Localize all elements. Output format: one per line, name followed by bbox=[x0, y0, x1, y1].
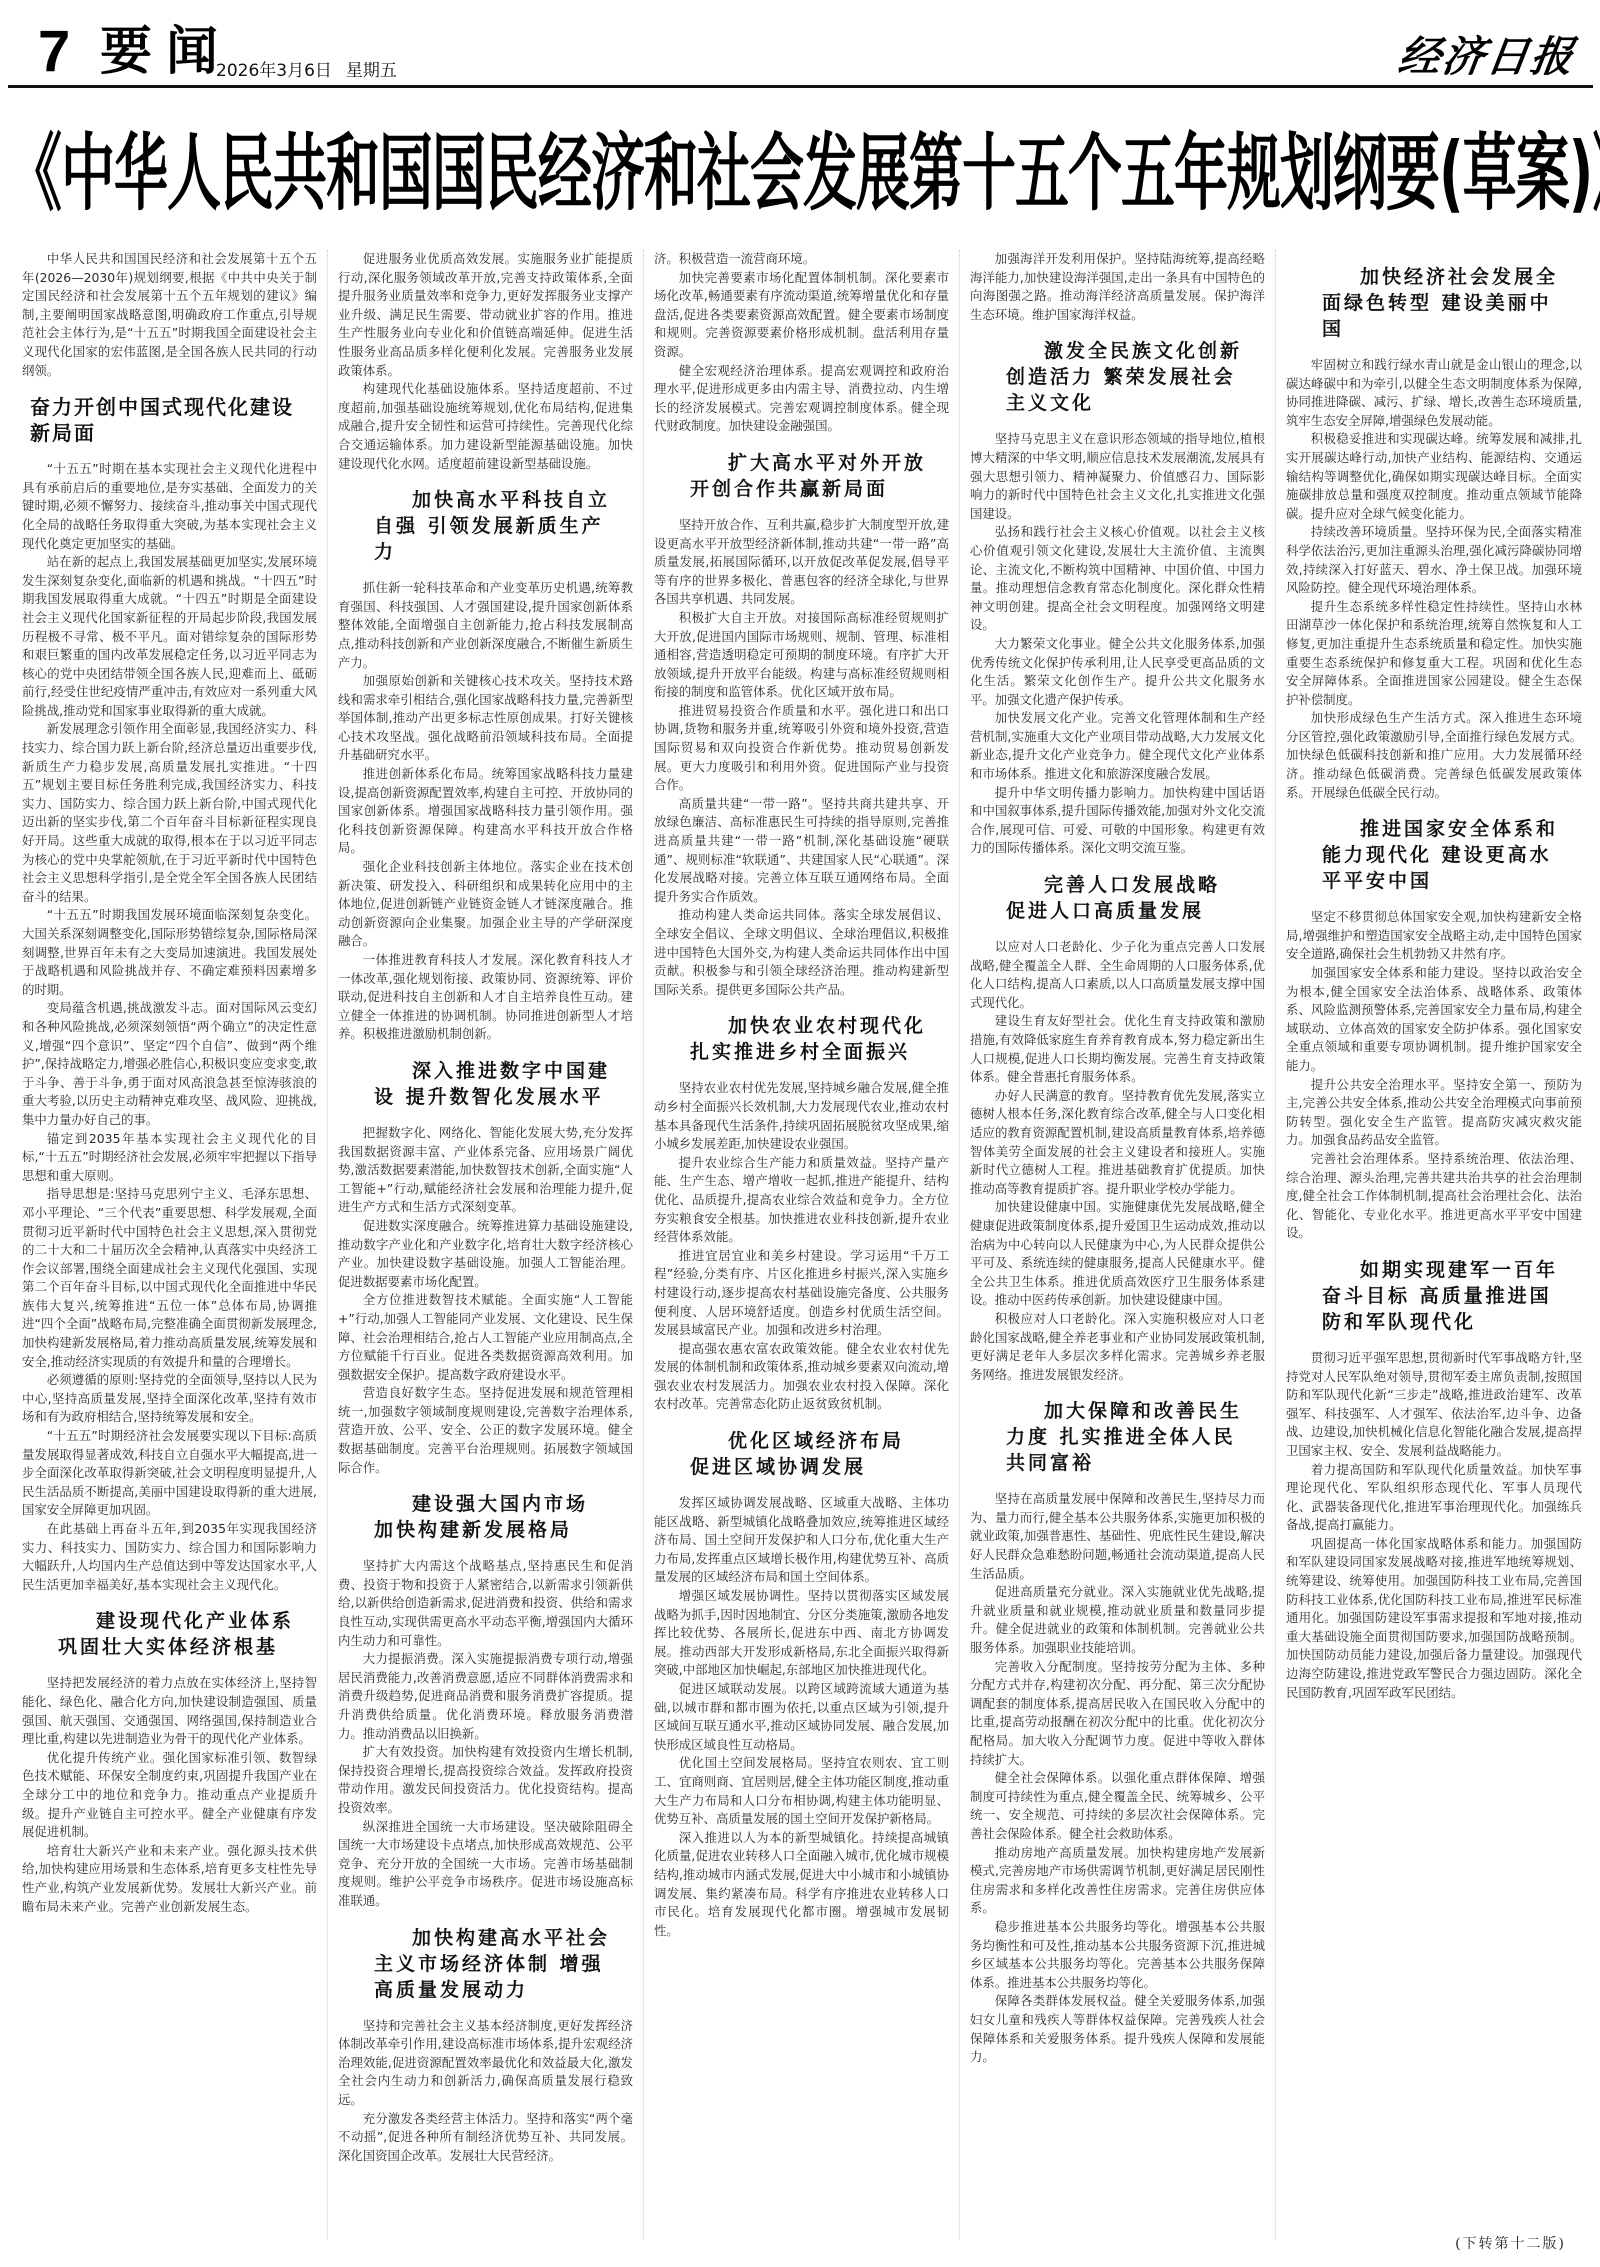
paragraph: 提升中华文明传播力影响力。加快构建中国话语和中国叙事体系,提升国际传播效能,加强… bbox=[970, 784, 1265, 858]
paragraph: 提升公共安全治理水平。坚持安全第一、预防为主,完善公共安全体系,推动公共安全治理… bbox=[1286, 1076, 1582, 1150]
paragraph: 优化提升传统产业。强化国家标准引领、数智绿色技术赋能、环保安全制度约束,巩固提升… bbox=[22, 1749, 317, 1842]
paragraph: 健全社会保障体系。以强化重点群体保障、增强制度可持续性为重点,健全覆盖全民、统筹… bbox=[970, 1769, 1265, 1843]
paragraph: “十五五”时期在基本实现社会主义现代化进程中具有承前启后的重要地位,是夯实基础、… bbox=[22, 460, 317, 553]
paragraph: 提升农业综合生产能力和质量效益。坚持产量产能、生产生态、增产增收一起抓,推进产能… bbox=[654, 1154, 949, 1247]
paragraph: 办好人民满意的教育。坚持教育优先发展,落实立德树人根本任务,深化教育综合改革,健… bbox=[970, 1087, 1265, 1199]
paragraph: “十五五”时期我国发展环境面临深刻复杂变化。大国关系深刻调整变化,国际形势错综复… bbox=[22, 906, 317, 999]
continued-note: (下转第十二版) bbox=[1455, 2233, 1566, 2253]
paragraph: 全方位推进数智技术赋能。全面实施“人工智能+”行动,加强人工智能同产业发展、文化… bbox=[338, 1291, 633, 1384]
paragraph: 指导思想是:坚持马克思列宁主义、毛泽东思想、邓小平理论、“三个代表”重要思想、科… bbox=[22, 1185, 317, 1371]
section-heading: 推进国家安全体系和能力现代化 建设更高水平平安中国 bbox=[1286, 802, 1582, 908]
paragraph: 抓住新一轮科技革命和产业变革历史机遇,统筹教育强国、科技强国、人才强国建设,提升… bbox=[338, 579, 633, 672]
date-text: 2026年3月6日 bbox=[216, 61, 332, 81]
article-column-2: 促进服务业优质高效发展。实施服务业扩能提质行动,深化服务领域改革开放,完善支持政… bbox=[328, 250, 644, 2240]
section-name: 要闻 bbox=[100, 22, 232, 82]
paragraph: 优化国土空间发展格局。坚持宜农则农、宜工则工、宜商则商、宜居则居,健全主体功能区… bbox=[654, 1754, 949, 1828]
paragraph: 以应对人口老龄化、少子化为重点完善人口发展战略,健全覆盖全人群、全生命周期的人口… bbox=[970, 938, 1265, 1012]
paragraph: 深入推进以人为本的新型城镇化。持续提高城镇化质量,促进农业转移人口全面融入城市,… bbox=[654, 1829, 949, 1941]
paragraph: 加快形成绿色生产生活方式。深入推进生态环境分区管控,强化政策激励引导,全面推行绿… bbox=[1286, 709, 1582, 802]
paragraph: 必须遵循的原则:坚持党的全面领导,坚持以人民为中心,坚持高质量发展,坚持全面深化… bbox=[22, 1371, 317, 1427]
section-heading: 奋力开创中国式现代化建设新局面 bbox=[22, 380, 317, 460]
paragraph: 大力繁荣文化事业。健全公共文化服务体系,加强优秀传统文化保护传承利用,让人民享受… bbox=[970, 635, 1265, 709]
paragraph: 牢固树立和践行绿水青山就是金山银山的理念,以碳达峰碳中和为牵引,以健全生态文明制… bbox=[1286, 356, 1582, 430]
paragraph: 完善社会治理体系。坚持系统治理、依法治理、综合治理、源头治理,完善共建共治共享的… bbox=[1286, 1150, 1582, 1243]
paragraph: 促进区域联动发展。以跨区域跨流域大通道为基础,以城市群和都市圈为依托,以重点区域… bbox=[654, 1680, 949, 1754]
paragraph: 把握数字化、网络化、智能化发展大势,充分发挥我国数据资源丰富、产业体系完备、应用… bbox=[338, 1124, 633, 1217]
paragraph: “十五五”时期经济社会发展要实现以下目标:高质量发展取得显著成效,科技自立自强水… bbox=[22, 1427, 317, 1520]
paragraph: 提高强农惠农富农政策效能。健全农业农村优先发展的体制机制和政策体系,推动城乡要素… bbox=[654, 1340, 949, 1414]
paragraph: 大力提振消费。深入实施提振消费专项行动,增强居民消费能力,改善消费意愿,适应不同… bbox=[338, 1650, 633, 1743]
section-heading: 深入推进数字中国建设 提升数智化发展水平 bbox=[338, 1044, 633, 1124]
section-heading: 激发全民族文化创新创造活力 繁荣发展社会主义文化 bbox=[970, 324, 1265, 430]
section-heading: 建设现代化产业体系 巩固壮大实体经济根基 bbox=[22, 1594, 317, 1674]
paragraph: 坚定不移贯彻总体国家安全观,加快构建新安全格局,增强维护和塑造国家安全战略主动,… bbox=[1286, 908, 1582, 964]
paragraph: 高质量共建“一带一路”。坚持共商共建共享、开放绿色廉洁、高标准惠民生可持续的指导… bbox=[654, 795, 949, 907]
paragraph: 坚持在高质量发展中保障和改善民生,坚持尽力而为、量力而行,健全基本公共服务体系,… bbox=[970, 1490, 1265, 1583]
article-column-1: 中华人民共和国国民经济和社会发展第十五个五年(2026—2030年)规划纲要,根… bbox=[12, 250, 328, 2240]
section-heading: 加大保障和改善民生力度 扎实推进全体人民共同富裕 bbox=[970, 1384, 1265, 1490]
article-body: 中华人民共和国国民经济和社会发展第十五个五年(2026—2030年)规划纲要,根… bbox=[12, 250, 1592, 2240]
paragraph: 稳步推进基本公共服务均等化。增强基本公共服务均衡性和可及性,推动基本公共服务资源… bbox=[970, 1918, 1265, 1992]
paragraph: 坚持农业农村优先发展,坚持城乡融合发展,健全推动乡村全面振兴长效机制,大力发展现… bbox=[654, 1079, 949, 1153]
paragraph: 充分激发各类经营主体活力。坚持和落实“两个毫不动摇”,促进各种所有制经济优势互补… bbox=[338, 2110, 633, 2166]
section-heading: 建设强大国内市场 加快构建新发展格局 bbox=[338, 1477, 633, 1557]
section-heading: 如期实现建军一百年奋斗目标 高质量推进国防和军队现代化 bbox=[1286, 1243, 1582, 1349]
paragraph: 加快完善要素市场化配置体制机制。深化要素市场化改革,畅通要素有序流动渠道,统筹增… bbox=[654, 269, 949, 362]
section-heading: 加快构建高水平社会主义市场经济体制 增强高质量发展动力 bbox=[338, 1911, 633, 2017]
paragraph: 坚持马克思主义在意识形态领域的指导地位,植根博大精深的中华文明,顺应信息技术发展… bbox=[970, 430, 1265, 523]
paragraph: 推动构建人类命运共同体。落实全球发展倡议、全球安全倡议、全球文明倡议、全球治理倡… bbox=[654, 906, 949, 999]
masthead: 7 要闻 2026年3月6日星期五 经济日报 bbox=[8, 0, 1593, 88]
paragraph: 站在新的起点上,我国发展基础更加坚实,发展环境发生深刻复杂变化,面临新的机遇和挑… bbox=[22, 553, 317, 720]
paragraph: 保障各类群体发展权益。健全关爱服务体系,加强妇女儿童和残疾人等群体权益保障。完善… bbox=[970, 1992, 1265, 2066]
headline-title: 《中华人民共和国国民经济和社会发展第十五个五年规划纲要(草案)》 bbox=[8, 103, 1600, 246]
paragraph: 营造良好数字生态。坚持促进发展和规范管理相统一,加强数字领域制度规则建设,完善数… bbox=[338, 1384, 633, 1477]
paragraph: 推进创新体系化布局。统筹国家战略科技力量建设,提高创新资源配置效率,构建自主可控… bbox=[338, 765, 633, 858]
paragraph: 扩大有效投资。加快构建有效投资内生增长机制,保持投资合理增长,提高投资综合效益。… bbox=[338, 1743, 633, 1817]
paragraph: 促进数实深度融合。统筹推进算力基础设施建设,推动数字产业化和产业数字化,培育壮大… bbox=[338, 1217, 633, 1291]
paragraph: 巩固提高一体化国家战略体系和能力。加强国防和军队建设同国家发展战略对接,推进军地… bbox=[1286, 1535, 1582, 1702]
paragraph: 强化企业科技创新主体地位。落实企业在技术创新决策、研发投入、科研组织和成果转化应… bbox=[338, 858, 633, 951]
page-number: 7 bbox=[38, 22, 70, 82]
paragraph: 加快建设健康中国。实施健康优先发展战略,健全健康促进政策制度体系,提升爱国卫生运… bbox=[970, 1198, 1265, 1310]
paragraph: 纵深推进全国统一大市场建设。坚决破除阻碍全国统一大市场建设卡点堵点,加快形成高效… bbox=[338, 1818, 633, 1911]
section-heading: 扩大高水平对外开放 开创合作共赢新局面 bbox=[654, 436, 949, 516]
paragraph: 坚持把发展经济的着力点放在实体经济上,坚持智能化、绿色化、融合化方向,加快建设制… bbox=[22, 1674, 317, 1748]
paragraph: 持续改善环境质量。坚持环保为民,全面落实精准科学依法治污,更加注重源头治理,强化… bbox=[1286, 523, 1582, 597]
paragraph: 新发展理念引领作用全面彰显,我国经济实力、科技实力、综合国力跃上新台阶,经济总量… bbox=[22, 720, 317, 906]
section-heading: 加快高水平科技自立自强 引领发展新质生产力 bbox=[338, 473, 633, 579]
paragraph: 提升生态系统多样性稳定性持续性。坚持山水林田湖草沙一体化保护和系统治理,统筹自然… bbox=[1286, 598, 1582, 710]
paragraph: 坚持和完善社会主义基本经济制度,更好发挥经济体制改革牵引作用,建设高标准市场体系… bbox=[338, 2017, 633, 2110]
paragraph: 发挥区域协调发展战略、区域重大战略、主体功能区战略、新型城镇化战略叠加效应,统筹… bbox=[654, 1494, 949, 1587]
paragraph: 锚定到2035年基本实现社会主义现代化的目标,“十五五”时期经济社会发展,必须牢… bbox=[22, 1130, 317, 1186]
paragraph: 积极稳妥推进和实现碳达峰。统筹发展和减排,扎实开展碳达峰行动,加快产业结构、能源… bbox=[1286, 430, 1582, 523]
article-column-3: 济。积极营造一流营商环境。加快完善要素市场化配置体制机制。深化要素市场化改革,畅… bbox=[644, 250, 960, 2240]
paragraph: 加强海洋开发利用保护。坚持陆海统筹,提高经略海洋能力,加快建设海洋强国,走出一条… bbox=[970, 250, 1265, 324]
paragraph: 建设生育友好型社会。优化生育支持政策和激励措施,有效降低家庭生育养育教育成本,努… bbox=[970, 1012, 1265, 1086]
paragraph: 一体推进教育科技人才发展。深化教育科技人才一体改革,强化规划衔接、政策协同、资源… bbox=[338, 951, 633, 1044]
paragraph: 积极应对人口老龄化。深入实施积极应对人口老龄化国家战略,健全养老事业和产业协同发… bbox=[970, 1310, 1265, 1384]
article-headline: 《中华人民共和国国民经济和社会发展第十五个五年规划纲要(草案)》(摘要) bbox=[8, 128, 1598, 220]
paragraph: 坚持开放合作、互利共赢,稳步扩大制度型开放,建设更高水平开放型经济新体制,推动共… bbox=[654, 516, 949, 609]
paragraph: 推动房地产高质量发展。加快构建房地产发展新模式,完善房地产市场供需调节机制,更好… bbox=[970, 1844, 1265, 1918]
paragraph: 坚持扩大内需这个战略基点,坚持惠民生和促消费、投资于物和投资于人紧密结合,以新需… bbox=[338, 1557, 633, 1650]
paragraph: 健全宏观经济治理体系。提高宏观调控和政府治理水平,促进形成更多由内需主导、消费拉… bbox=[654, 362, 949, 436]
article-column-5: 加快经济社会发展全面绿色转型 建设美丽中国牢固树立和践行绿水青山就是金山银山的理… bbox=[1276, 250, 1592, 2240]
paragraph: 在此基础上再奋斗五年,到2035年实现我国经济实力、科技实力、国防实力、综合国力… bbox=[22, 1520, 317, 1594]
article-column-4: 加强海洋开发利用保护。坚持陆海统筹,提高经略海洋能力,加快建设海洋强国,走出一条… bbox=[960, 250, 1276, 2240]
paragraph: 加强国家安全体系和能力建设。坚持以政治安全为根本,健全国家安全法治体系、战略体系… bbox=[1286, 964, 1582, 1076]
paragraph: 济。积极营造一流营商环境。 bbox=[654, 250, 949, 269]
paragraph: 变局蕴含机遇,挑战激发斗志。面对国际风云变幻和各种风险挑战,必须深刻领悟“两个确… bbox=[22, 999, 317, 1129]
paragraph: 加快发展文化产业。完善文化管理体制和生产经营机制,实施重大文化产业项目带动战略,… bbox=[970, 709, 1265, 783]
section-heading: 优化区域经济布局 促进区域协调发展 bbox=[654, 1414, 949, 1494]
paragraph: 完善收入分配制度。坚持按劳分配为主体、多种分配方式并存,构建初次分配、再分配、第… bbox=[970, 1658, 1265, 1770]
paragraph: 增强区域发展协调性。坚持以贯彻落实区域发展战略为抓手,因时因地制宜、分区分类施策… bbox=[654, 1587, 949, 1680]
paragraph: 贯彻习近平强军思想,贯彻新时代军事战略方针,坚持党对人民军队绝对领导,贯彻军委主… bbox=[1286, 1349, 1582, 1461]
paragraph: 加强原始创新和关键核心技术攻关。坚持技术路线和需求牵引相结合,强化国家战略科技力… bbox=[338, 672, 633, 765]
section-heading: 加快经济社会发展全面绿色转型 建设美丽中国 bbox=[1286, 250, 1582, 356]
paragraph: 推进贸易投资合作质量和水平。强化进口和出口协调,货物和服务并重,统筹吸引外资和境… bbox=[654, 702, 949, 795]
newspaper-logo: 经济日报 bbox=[1395, 24, 1579, 84]
section-heading: 加快农业农村现代化 扎实推进乡村全面振兴 bbox=[654, 999, 949, 1079]
issue-date: 2026年3月6日星期五 bbox=[216, 56, 397, 81]
paragraph: 着力提高国防和军队现代化质量效益。加快军事理论现代化、军队组织形态现代化、军事人… bbox=[1286, 1461, 1582, 1535]
paragraph: 中华人民共和国国民经济和社会发展第十五个五年(2026—2030年)规划纲要,根… bbox=[22, 250, 317, 380]
paragraph: 推进宜居宜业和美乡村建设。学习运用“千万工程”经验,分类有序、片区化推进乡村振兴… bbox=[654, 1247, 949, 1340]
paragraph: 积极扩大自主开放。对接国际高标准经贸规则扩大开放,促进国内国际市场规则、规制、管… bbox=[654, 609, 949, 702]
paragraph: 培育壮大新兴产业和未来产业。强化源头技术供给,加快构建应用场景和生态体系,培育更… bbox=[22, 1842, 317, 1916]
paragraph: 促进服务业优质高效发展。实施服务业扩能提质行动,深化服务领域改革开放,完善支持政… bbox=[338, 250, 633, 380]
weekday-text: 星期五 bbox=[346, 61, 397, 81]
paragraph: 弘扬和践行社会主义核心价值观。以社会主义核心价值观引领文化建设,发展壮大主流价值… bbox=[970, 523, 1265, 635]
paragraph: 促进高质量充分就业。深入实施就业优先战略,提升就业质量和就业规模,推动就业质量和… bbox=[970, 1583, 1265, 1657]
section-heading: 完善人口发展战略 促进人口高质量发展 bbox=[970, 858, 1265, 938]
paragraph: 构建现代化基础设施体系。坚持适度超前、不过度超前,加强基础设施统筹规划,优化布局… bbox=[338, 380, 633, 473]
